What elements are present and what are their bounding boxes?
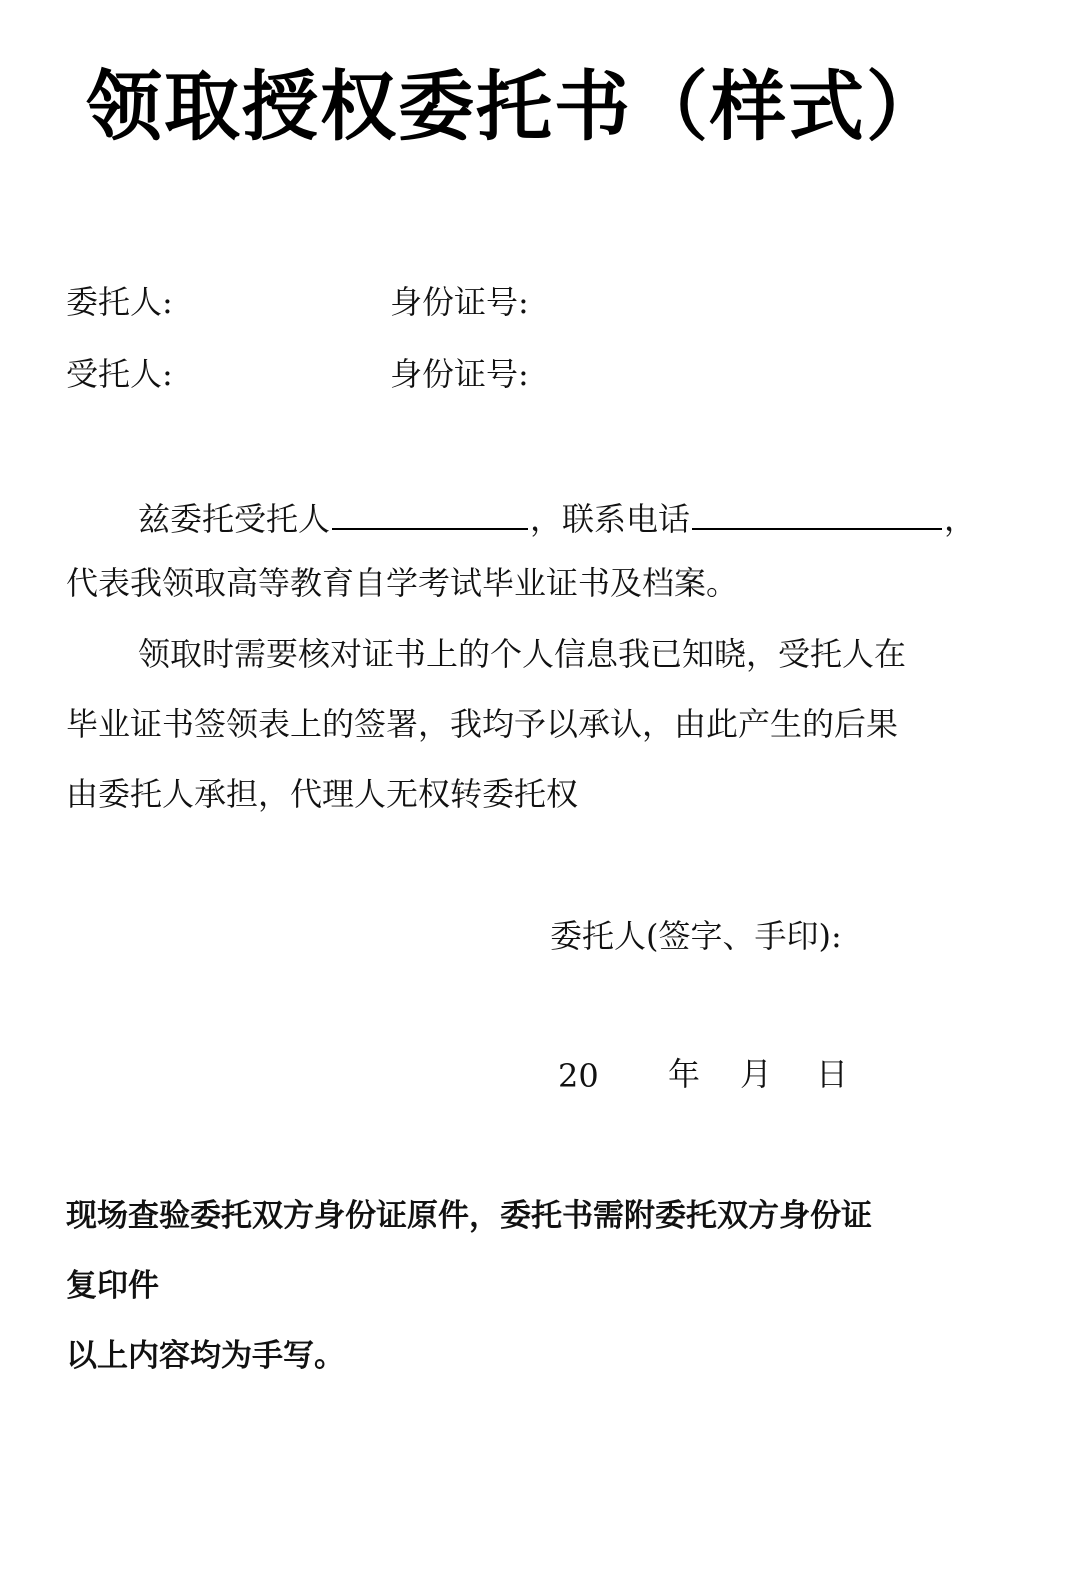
date-year: 年 <box>668 1054 700 1094</box>
agent-label: 受托人: <box>66 354 173 394</box>
note-line3: 以上内容均为手写。 <box>66 1336 345 1376</box>
note-line2: 复印件 <box>66 1266 159 1306</box>
document-title: 领取授权委托书（样式） <box>86 62 944 152</box>
date-day: 日 <box>816 1054 848 1094</box>
paragraph1-part2: ，联系电话 <box>530 500 690 538</box>
paragraph1-part3: ， <box>944 500 976 538</box>
phone-blank <box>692 494 942 530</box>
agent-name-blank <box>332 494 528 530</box>
paragraph1-line2: 代表我领取高等教育自学考试毕业证书及档案。 <box>66 563 738 603</box>
note-line1: 现场查验委托双方身份证原件，委托书需附委托双方身份证 <box>66 1196 872 1236</box>
paragraph1-part1: 兹委托受托人 <box>138 500 330 538</box>
date-month: 月 <box>740 1054 772 1094</box>
paragraph2-line1: 领取时需要核对证书上的个人信息我已知晓，受托人在 <box>138 634 906 674</box>
paragraph2-line2: 毕业证书签领表上的签署，我均予以承认，由此产生的后果 <box>66 704 898 744</box>
signature-label: 委托人(签字、手印): <box>550 916 842 956</box>
paragraph2-line3: 由委托人承担，代理人无权转委托权 <box>66 774 578 814</box>
principal-label: 委托人: <box>66 282 173 322</box>
date-year-prefix: 20 <box>558 1056 599 1096</box>
paragraph1-line1: 兹委托受托人，联系电话， <box>138 494 976 539</box>
principal-id-label: 身份证号: <box>390 282 529 322</box>
agent-id-label: 身份证号: <box>390 354 529 394</box>
